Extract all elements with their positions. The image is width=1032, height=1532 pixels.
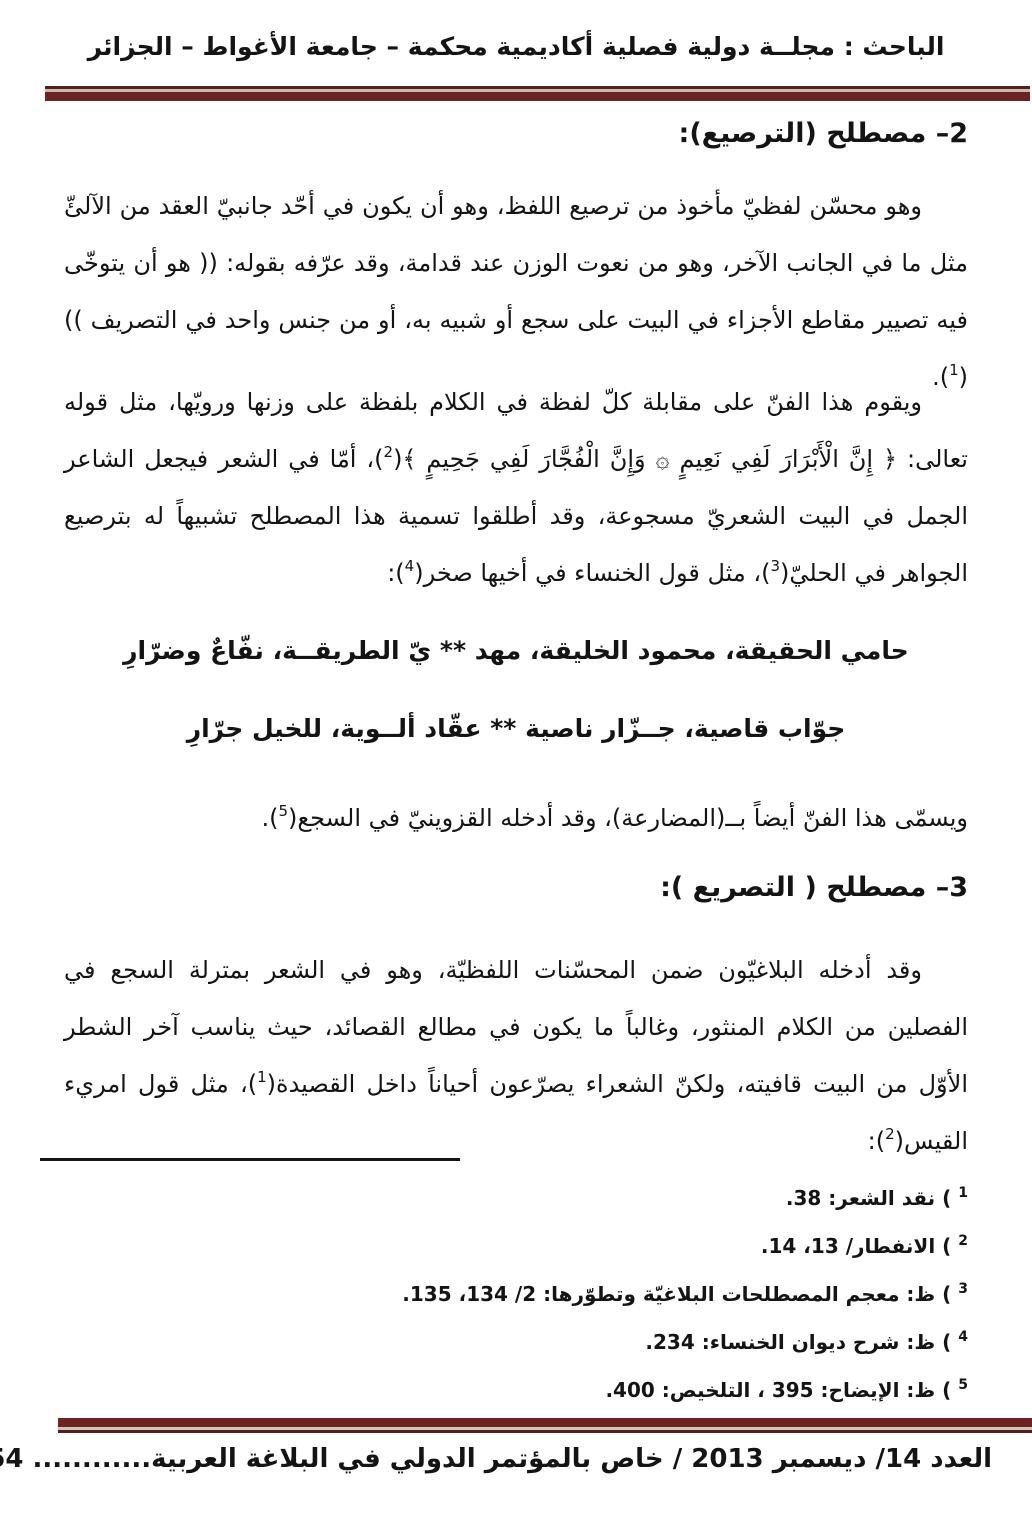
paragraph-text: )، مثل قول الخنساء في أخيها صخر( [414,559,770,587]
footnote-text: ) ظ: معجم المصطلحات البلاغيّة وتطوّرها: … [402,1282,958,1306]
footnote-ref-2: 2 [384,443,394,461]
section-3-heading: 3– مصطلح ( التصريع ): [64,872,968,903]
paragraph-text: ): [868,1127,885,1155]
footnote-ref-4: 4 [405,557,415,575]
journal-header-title: الباحث : مجلــة دولية فصلية أكاديمية محك… [40,32,992,61]
footnote-number: 2 [958,1233,968,1249]
paragraph-text: ). [261,804,278,832]
document-page: الباحث : مجلــة دولية فصلية أكاديمية محك… [0,0,1032,1532]
footnote-ref-6: 1 [257,1068,267,1086]
footnotes-block: 1 ) نقد الشعر: 38. 2 ) الانفطار/ 13، 14.… [64,1174,968,1414]
tarsi-closing-paragraph: ويسمّى هذا الفنّ أيضاً بــ(المضارعة)، وق… [64,790,968,847]
footer-double-rule [58,1418,1032,1433]
khansa-verse-line-1: حامي الحقيقة، محمود الخليقة، مهد ** يّ ا… [64,636,968,665]
footnote-ref-3: 3 [770,557,780,575]
section-2-heading: 2– مصطلح (الترصيع): [64,118,968,149]
footnote-item-2: 2 ) الانفطار/ 13، 14. [64,1222,968,1270]
paragraph-text: ويسمّى هذا الفنّ أيضاً بــ(المضارعة)، وق… [288,804,968,832]
footnote-text: ) ظ: شرح ديوان الخنساء: 234. [645,1330,958,1354]
tarsi-definition-paragraph: وهو محسّن لفظيّ مأخوذ من ترصيع اللفظ، وه… [64,178,968,406]
footnote-text: ) الانفطار/ 13، 14. [761,1234,958,1258]
footnote-text: ) ظ: الإيضاح: 395 ، التلخيص: 400. [605,1378,958,1402]
footnote-item-1: 1 ) نقد الشعر: 38. [64,1174,968,1222]
footnote-text: ) نقد الشعر: 38. [786,1186,958,1210]
footer-issue-line: العدد 14/ ديسمبر 2013 / خاص بالمؤتمر الد… [40,1444,992,1474]
footnote-ref-5: 5 [278,802,288,820]
tarsi-quran-paragraph: ويقوم هذا الفنّ على مقابلة كلّ لفظة في ا… [64,374,968,602]
header-double-rule [45,86,1030,101]
footnote-separator-rule [40,1158,460,1161]
footnote-ref-7: 2 [885,1125,895,1143]
footnote-item-4: 4 ) ظ: شرح ديوان الخنساء: 234. [64,1318,968,1366]
footnote-number: 3 [958,1281,968,1297]
footnote-number: 1 [958,1185,968,1201]
paragraph-text: ): [387,559,404,587]
footnote-item-5: 5 ) ظ: الإيضاح: 395 ، التلخيص: 400. [64,1366,968,1414]
footnote-number: 4 [958,1329,968,1345]
footnote-number: 5 [958,1377,968,1393]
footnote-item-3: 3 ) ظ: معجم المصطلحات البلاغيّة وتطوّرها… [64,1270,968,1318]
tasri-definition-paragraph: وقد أدخله البلاغيّون ضمن المحسّنات اللفظ… [64,942,968,1170]
khansa-verse-line-2: جوّاب قاصية، جــزّار ناصية ** عقّاد ألــ… [64,714,968,743]
paragraph-text: وهو محسّن لفظيّ مأخوذ من ترصيع اللفظ، وه… [64,192,968,391]
